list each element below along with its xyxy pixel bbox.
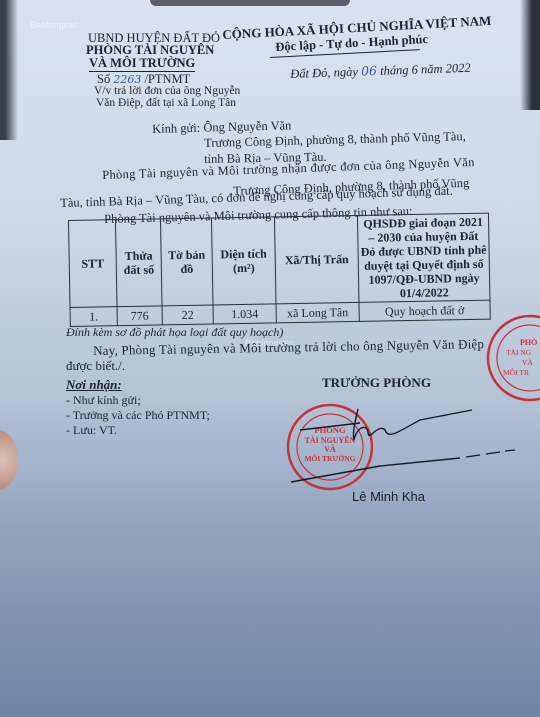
svg-text:MÔI TR: MÔI TR <box>503 367 529 377</box>
stamps-and-signature: PHÒNG TÀI NGUYÊN VÀ MÔI TRƯỜNG PHÒ TÀI N… <box>0 0 540 717</box>
document-photo: Batdongsan UBND HUYỆN ĐẤT ĐỎ PHÒNG TÀI N… <box>0 0 540 717</box>
svg-text:VÀ: VÀ <box>324 444 336 454</box>
svg-text:VÀ: VÀ <box>522 357 533 367</box>
svg-text:MÔI TRƯỜNG: MÔI TRƯỜNG <box>304 453 355 463</box>
svg-text:TÀI NG: TÀI NG <box>506 347 532 357</box>
edge-stamp-icon: PHÒ TÀI NG VÀ MÔI TR <box>488 316 540 400</box>
official-stamp-icon: PHÒNG TÀI NGUYÊN VÀ MÔI TRƯỜNG <box>288 405 372 489</box>
svg-text:TÀI NGUYÊN: TÀI NGUYÊN <box>305 435 356 445</box>
svg-text:PHÒ: PHÒ <box>520 337 537 347</box>
